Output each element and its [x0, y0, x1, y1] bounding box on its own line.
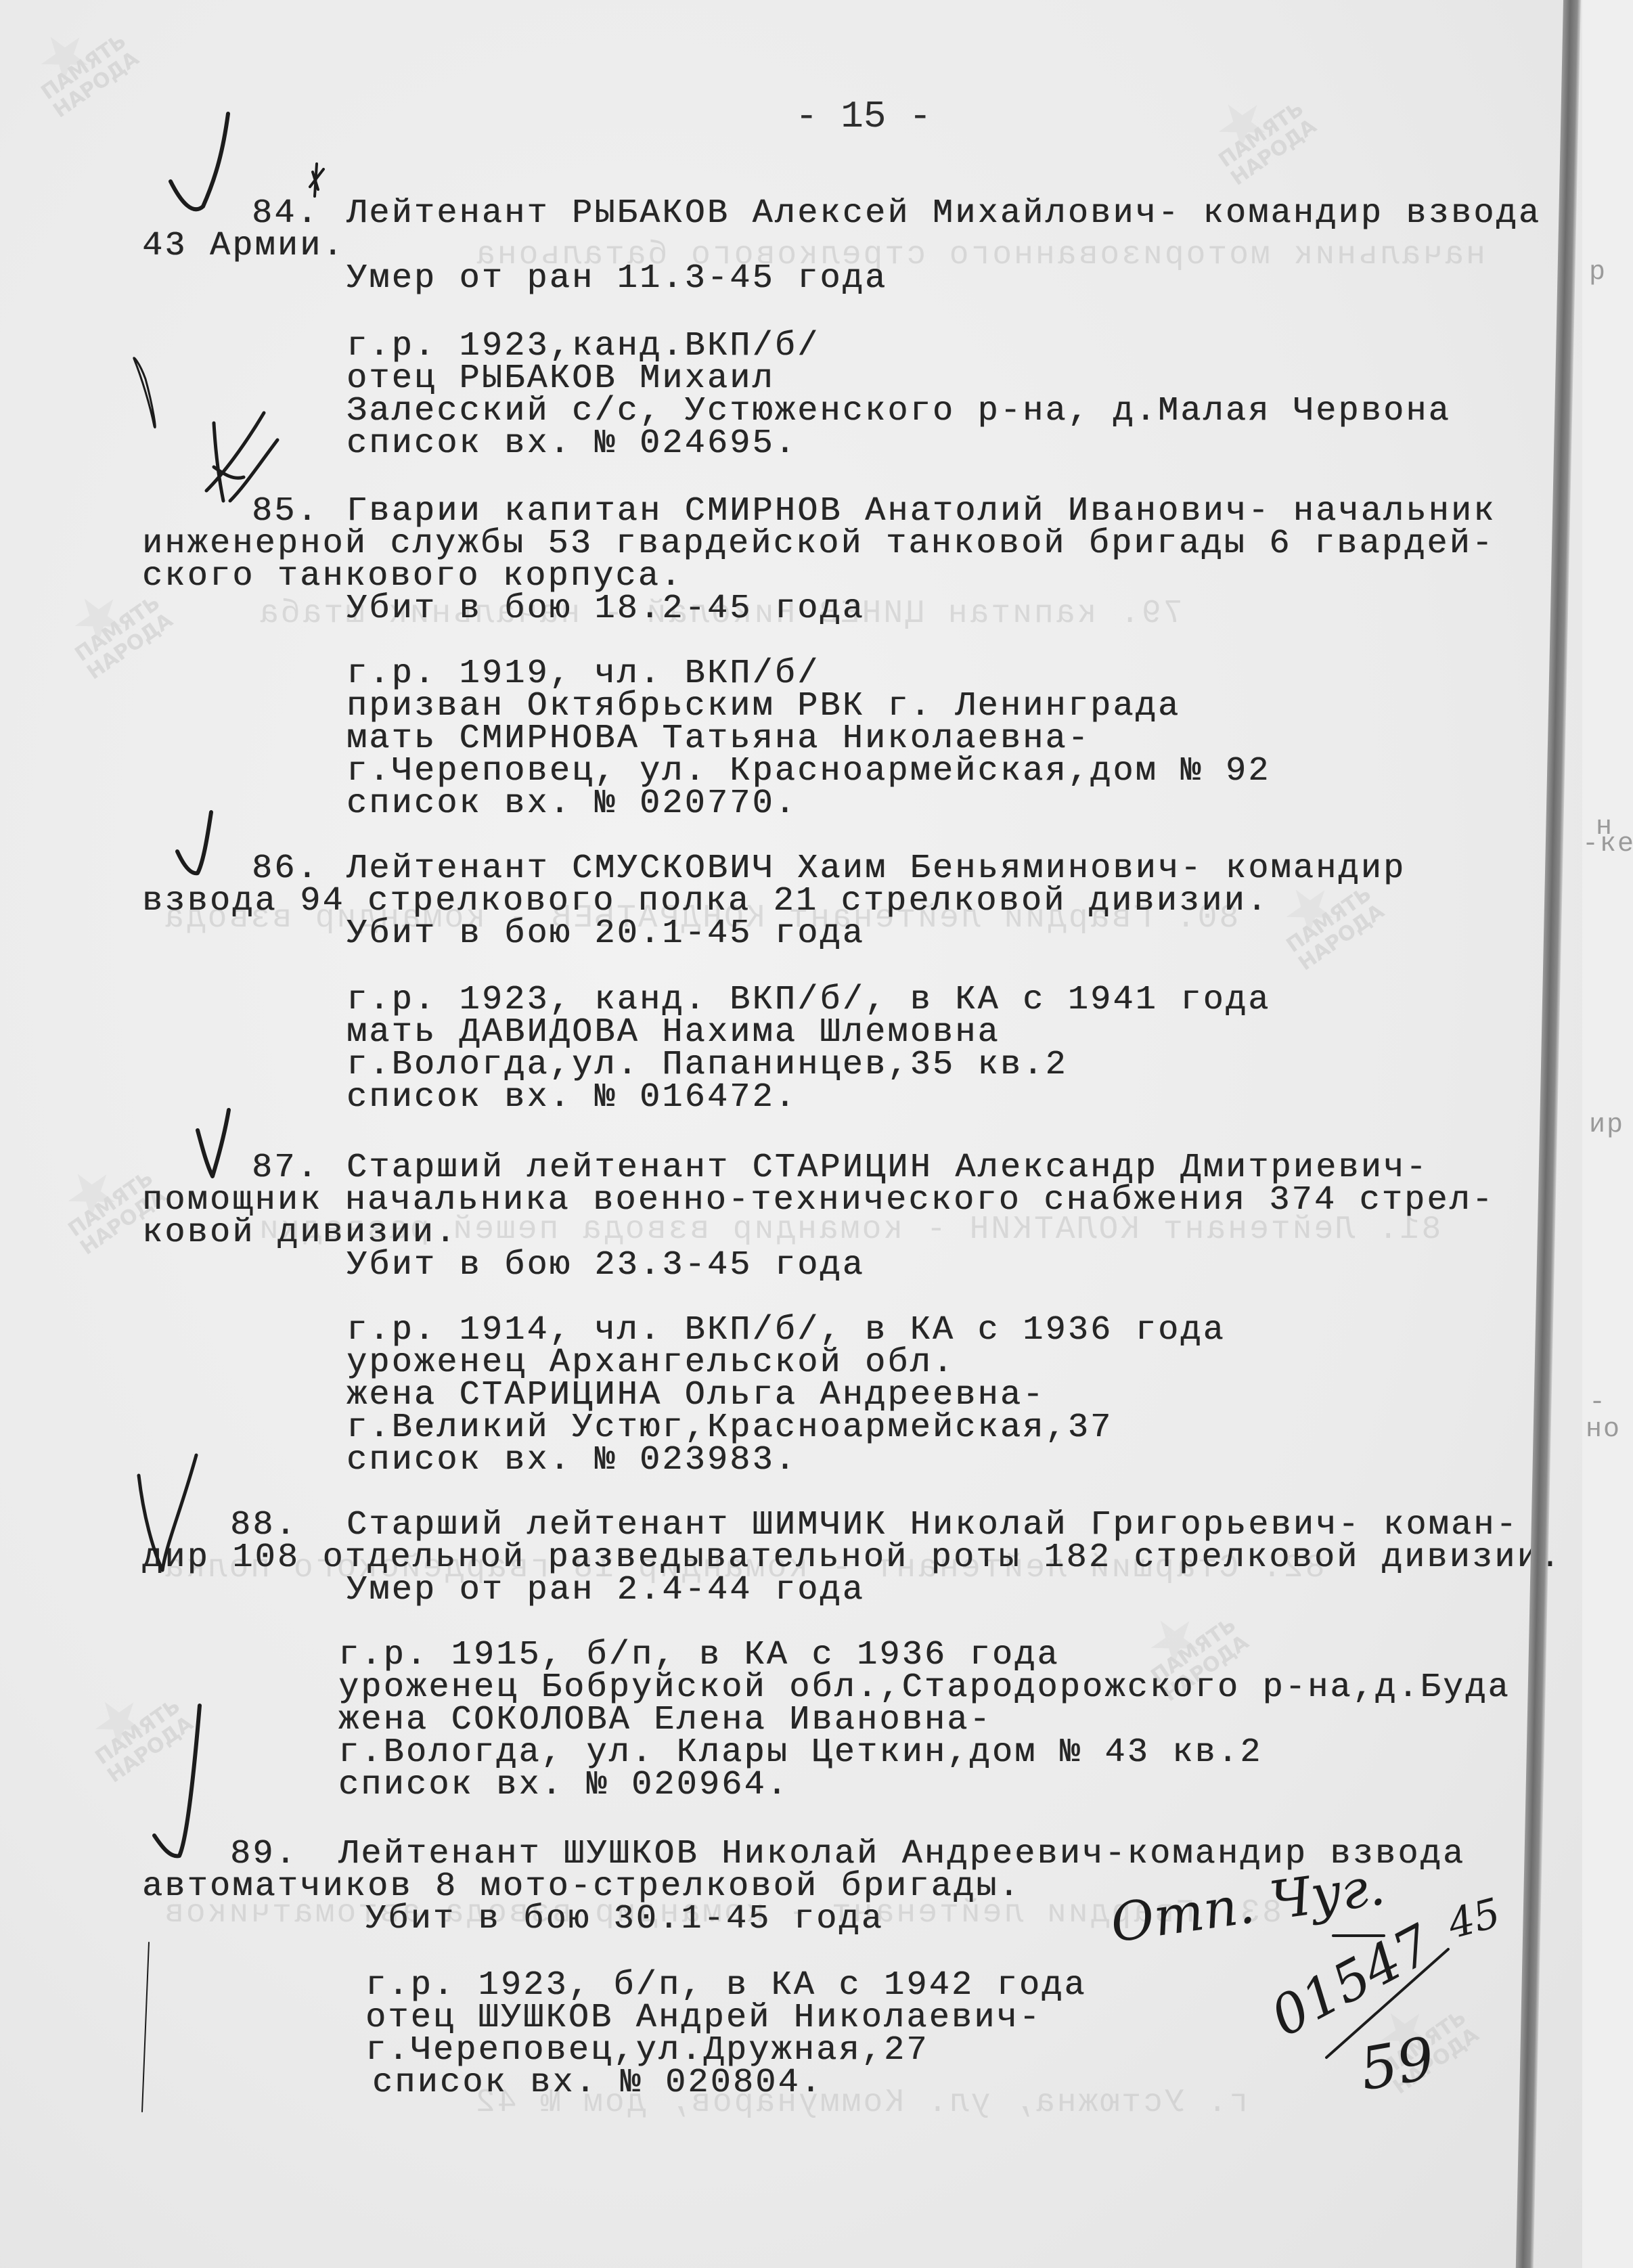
- handwritten-number-bottom: 59: [1355, 2024, 1439, 2104]
- entry-death: Убит в бою 18.2-45 года: [346, 592, 865, 627]
- watermark-stamp: ★ ПАМЯТЬ НАРОДА: [1131, 1591, 1272, 1733]
- adjacent-page-fragment: но: [1586, 1415, 1621, 1445]
- entry-text: 43 Армии.: [142, 229, 345, 264]
- adjacent-page-fragment: ир: [1589, 1110, 1624, 1140]
- entry-list-number: список вх. № 016472.: [346, 1080, 797, 1115]
- watermark-stamp: ★ ПАМЯТЬ НАРОДА: [21, 7, 162, 149]
- page-number: - 15 -: [795, 95, 932, 138]
- entry-list-number: список вх. № 024695.: [346, 426, 797, 462]
- adjacent-page-fragment: -кер: [1582, 829, 1633, 860]
- entry-list-number: список вх. № 023983.: [346, 1443, 797, 1478]
- watermark-stamp: ★ ПАМЯТЬ НАРОДА: [75, 1672, 217, 1814]
- entry-death: Убит в бою 20.1-45 года: [346, 916, 865, 952]
- handwritten-number-suffix: 45: [1443, 1889, 1505, 1948]
- entry-death: Умер от ран 11.3-45 года: [346, 261, 887, 296]
- entry-death: Убит в бою 23.3-45 года: [346, 1248, 865, 1283]
- document-page: ★ ПАМЯТЬ НАРОДА ★ ПАМЯТЬ НАРОДА ★ ПАМЯТЬ…: [0, 0, 1584, 2268]
- adjacent-page-fragment: -: [1589, 1387, 1607, 1418]
- entry-heading: Лейтенант РЫБАКОВ Алексей Михайлович- ко…: [346, 196, 1541, 231]
- entry-list-number: список вх. № 020770.: [346, 786, 797, 822]
- adjacent-page-fragment: р: [1589, 257, 1607, 288]
- adjacent-page-edge: р н -кер ир - но: [1582, 0, 1633, 2268]
- entry-list-number: список вх. № 020804.: [372, 2066, 823, 2101]
- entry-death: Убит в бою 30.1-45 года: [365, 1902, 884, 1937]
- entry-death: Умер от ран 2.4-44 года: [346, 1573, 865, 1608]
- entry-list-number: список вх. № 020964.: [338, 1768, 789, 1803]
